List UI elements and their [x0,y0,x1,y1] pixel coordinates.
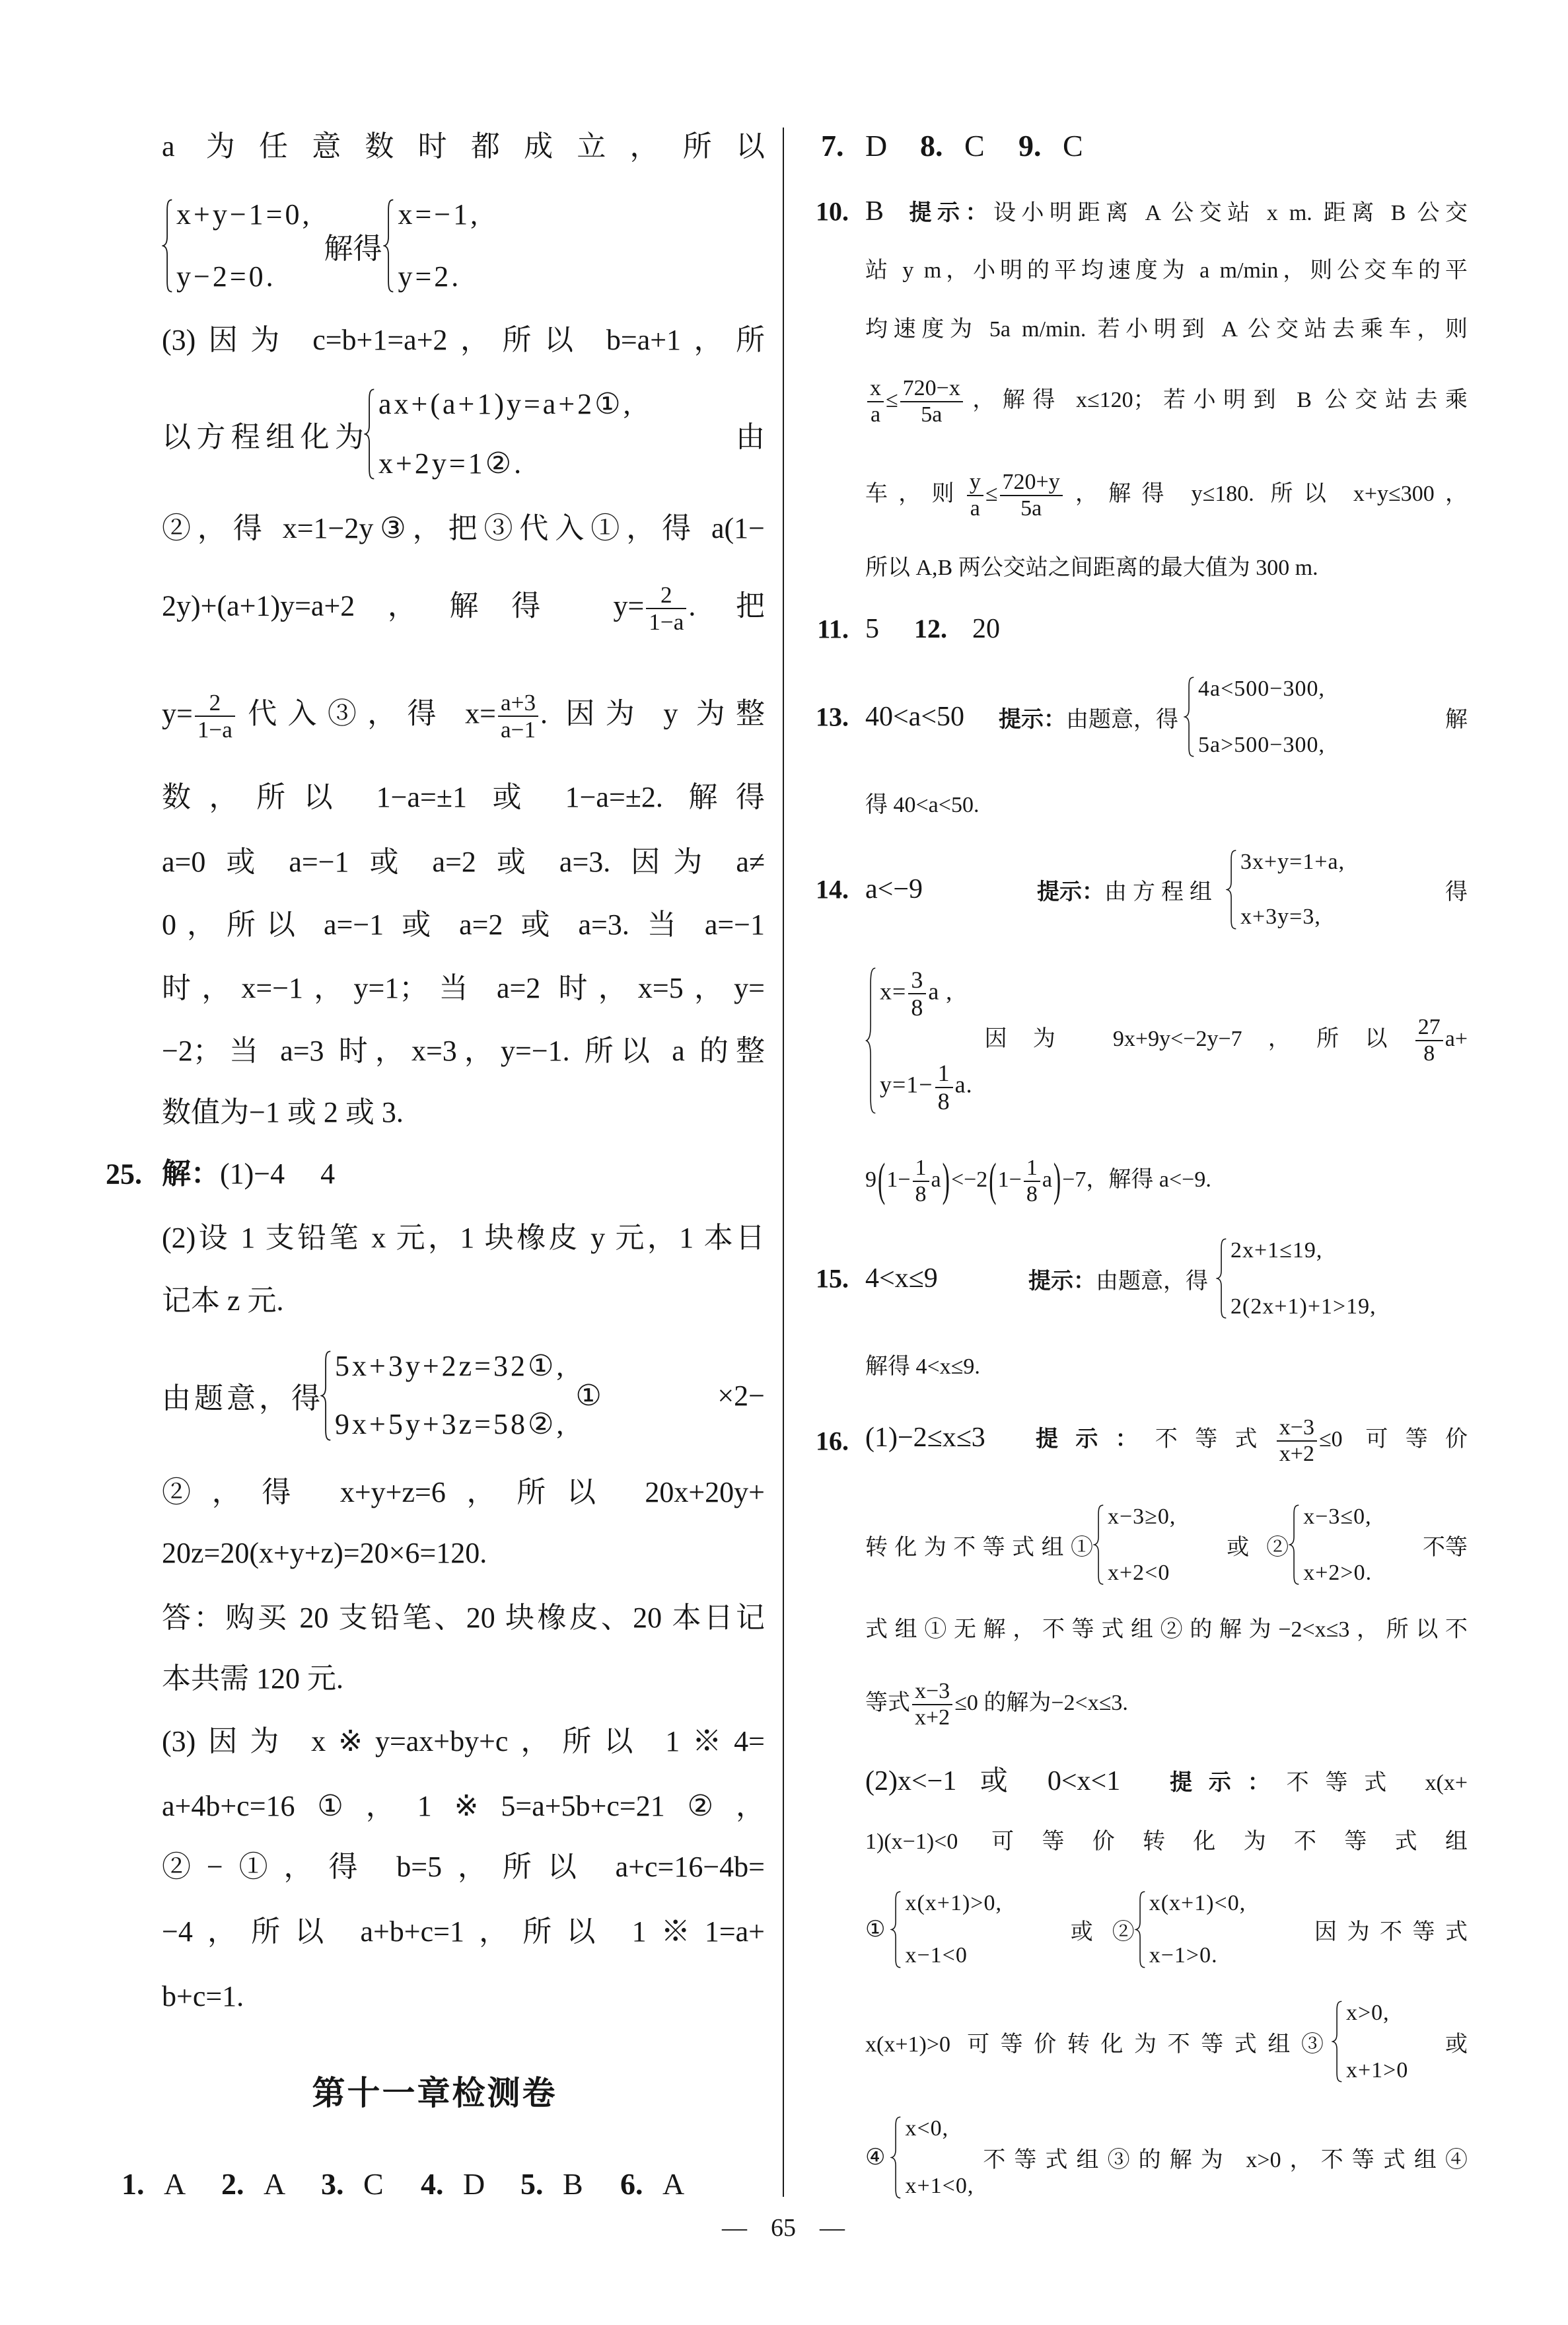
question-number: 8. [920,128,964,163]
left-brace-icon [890,2116,902,2199]
line-text: 或② [1071,1913,1135,1946]
fraction: x−3x+2 [912,1679,952,1730]
solution-line-system: x=38a , y=1−18a. 因为 9x+9y<−2y−7，所以278a+ [865,935,1468,1146]
line-text: 均速度为 5a m/min. 若小明到 A 公交站去乘车，则 [865,316,1468,344]
fraction: 720−x5a [900,376,963,427]
line-text: 不等 [1423,1529,1468,1561]
fraction: 38 [908,967,926,1021]
solution-line-fraction: 9(1−18a)<−2(1−18a)−7，解得 a<−9. [865,1128,1468,1234]
line-text: ≤0 的解为−2<x≤3. [954,1691,1128,1715]
question-16: 16. (1)−2≤x≤3提示：不等式x−3x+2≤0 可等价 [865,1388,1468,1494]
line-text: 由题意，得 [1066,701,1178,733]
answer: 5 [865,612,914,646]
operator: ≤ [985,482,998,506]
line-text: 9 [865,1167,876,1192]
left-brace-icon [1184,677,1195,757]
row-text: a , [928,978,952,1005]
line-text: 转化为不等式组① [865,1529,1093,1561]
solution-line-system: ④ x<0, x+1<0, 不等式组③的解为 x>0，不等式组④ [865,2104,1468,2210]
hint-label: 提示： [1018,1427,1155,1452]
numerator: x [867,376,884,402]
inequality-system: x−3≤0, x+2>0. [1289,1504,1372,1585]
hint-label: 提示： [1028,1263,1096,1295]
hint-label: 提示： [999,701,1066,733]
line-text: ，解得 y≤180. 所以 x+y≤300， [1065,482,1468,506]
answer-letter: C [964,128,985,163]
line-text: 车，则 [865,482,965,506]
row-text: a. [955,1072,973,1098]
system-row: 3x+y=1+a, [1240,850,1345,874]
system-rows: 4a<500−300, 5a>500−300, [1195,677,1325,757]
line-content: x=38a , y=1−18a. 因为 9x+9y<−2y−7，所以278a+ [865,967,1468,1115]
line-text: ④ [865,2144,885,2170]
question-number: 7. [821,128,865,163]
left-brace-icon [1332,2001,1343,2083]
inequality-system: 2x+1≤19, 2(2x+1)+1>19, [1216,1238,1376,1319]
line-text: <−2 [951,1167,987,1192]
line-text: 得 [1445,873,1468,906]
left-brace-icon [865,967,877,1115]
system-row: x(x+1)>0, [905,1891,1002,1915]
numerator: y [967,470,983,496]
line-content: (1)−2≤x≤3提示：不等式x−3x+2≤0 可等价 [865,1415,1468,1467]
inequality-system: x(x+1)<0, x−1>0. [1135,1891,1246,1968]
answer-letter: C [1063,128,1083,163]
system-row: 4a<500−300, [1198,677,1325,701]
fraction: 18 [1024,1156,1040,1207]
denominator: 8 [908,994,926,1021]
system-row: x+1<0, [905,2174,974,2198]
denominator: a [867,402,884,427]
system-rows: x(x+1)>0, x−1<0 [902,1891,1002,1968]
numerator: x−3 [1277,1415,1317,1442]
line-text: ≤0 可等价 [1319,1427,1468,1452]
line-content: 9(1−18a)<−2(1−18a)−7，解得 a<−9. [865,1156,1468,1207]
line-text: 或② [1227,1529,1289,1561]
line-content: xa≤720−x5a，解得 x≤120；若小明到 B 公交站去乘 [865,376,1468,427]
question-number: 16. [816,1426,849,1457]
inequality-system: x(x+1)>0, x−1<0 [890,1891,1002,1968]
fraction: ya [967,470,983,521]
system-row: x−3≥0, [1108,1504,1176,1529]
system-row: x>0, [1346,2001,1408,2025]
numerator: 3 [908,967,926,994]
fraction: 18 [935,1060,953,1115]
line-text: 不等式 [1155,1427,1275,1452]
numerator: x−3 [912,1679,952,1705]
footer-dash: — [820,2213,845,2242]
answer: (1)−2≤x≤3 [865,1422,985,1453]
equation-system: 3x+y=1+a, x+3y=3, [1226,850,1345,930]
fraction: 18 [913,1156,929,1207]
answer-letter: D [865,128,887,163]
line-text: −7，解得 a<−9. [1062,1167,1211,1192]
left-paren: ( [989,1158,996,1204]
system-row: x+3y=3, [1240,904,1345,929]
numerator: 27 [1415,1015,1443,1041]
line-content: x(x+1)>0 可等价转化为不等式组③ x>0, x+1>0 或 [865,2001,1468,2083]
line-text: a [931,1167,941,1192]
left-brace-icon [1216,1238,1228,1319]
answer: 20 [972,614,1000,644]
system-rows: x−3≤0, x+2>0. [1301,1504,1372,1585]
line-text: 解得 4<x≤9. [865,1354,1468,1381]
operator: ≤ [886,388,898,412]
line-text: 得 40<a<50. [865,792,1468,819]
choice-answer: 7.D [821,128,920,163]
system-rows: x(x+1)<0, x−1>0. [1147,1891,1246,1968]
numerator: 1 [935,1060,953,1088]
line-text: 因为 9x+9y<−2y−7，所以 [985,1027,1413,1051]
line-text: 或 [1445,2026,1468,2058]
line-text: 由方程组 [1104,873,1218,906]
solution-line-system: ① x(x+1)>0, x−1<0 或② x(x+1)<0, x−1>0. [865,1876,1468,1982]
numerator: 1 [1024,1156,1040,1182]
numerator: 720+y [1000,470,1063,496]
answer-key-page: a 为任意数时都成立，所以 x+y−1=0, y−2=0. 解得 x=−1, y… [0,0,1568,2325]
line-text: 1)(x−1)<0 可等价转化为不等式组 [865,1829,1468,1856]
line-content: 转化为不等式组① x−3≥0, x+2<0 或② x−3≤0, x+2>0. [865,1504,1468,1585]
numerator: 720−x [900,376,963,402]
system-rows: 2x+1≤19, 2(2x+1)+1>19, [1228,1238,1376,1319]
line-text: 1− [998,1167,1022,1192]
line-content: 512.20 [865,612,1468,646]
system-rows: x>0, x+1>0 [1343,2001,1408,2083]
choice-answer: 8.C [920,128,1018,163]
left-paren: ( [878,1158,885,1204]
denominator: x+2 [912,1705,952,1730]
fraction: 278 [1415,1015,1443,1066]
system-rows: x<0, x+1<0, [902,2116,974,2199]
system-row: x−1>0. [1149,1943,1246,1968]
answer: 4<x≤9 [865,1263,991,1294]
line-content: ④ x<0, x+1<0, 不等式组③的解为 x>0，不等式组④ [865,2116,1468,2199]
left-brace-icon [1226,850,1238,930]
fraction: 720+y5a [1000,470,1063,521]
inequality-system: 4a<500−300, 5a>500−300, [1184,677,1325,757]
question-number: 9. [1018,128,1063,163]
line-text: a [1042,1167,1052,1192]
question-number: 15. [816,1263,849,1294]
left-brace-icon [1093,1504,1105,1585]
line-text: 因为不等式 [1314,1913,1468,1946]
system-row: 2x+1≤19, [1230,1238,1376,1263]
row-text: y=1− [880,1072,933,1098]
system-row: x−3≤0, [1303,1504,1372,1529]
denominator: x+2 [1277,1442,1317,1467]
line-text: ，解得 x≤120；若小明到 B 公交站去乘 [965,388,1468,412]
line-text: 解 [1445,701,1468,733]
fraction: x−3x+2 [1277,1415,1317,1467]
row-text: x= [880,978,906,1005]
line-text: a+ [1445,1027,1468,1051]
line-text: 1− [886,1167,910,1192]
system-rows: x=38a , y=1−18a. [877,967,973,1115]
question-number: 11. [817,614,849,645]
line-text: 不等式组③的解为 x>0，不等式组④ [983,2141,1468,2174]
system-row: y=1−18a. [880,1060,973,1115]
system-row: x=38a , [880,967,973,1021]
hint-label: 提示： [1037,873,1104,906]
numerator: 1 [913,1156,929,1182]
question-number: 10. [816,196,849,227]
line-content: 40<a<50 提示： 由题意，得 4a<500−300, 5a>500−300… [865,677,1468,757]
system-rows: 3x+y=1+a, x+3y=3, [1238,850,1345,930]
line-content: 因为 9x+9y<−2y−7，所以278a+ [985,1015,1468,1066]
denominator: 8 [913,1182,929,1207]
line-content: ① x(x+1)>0, x−1<0 或② x(x+1)<0, x−1>0. [865,1891,1468,1968]
inequality-system: x<0, x+1<0, [890,2116,974,2199]
left-brace-icon [890,1891,902,1968]
question-14: 14. a<−9 提示： 由方程组 3x+y=1+a, x+3y=3, 得 [865,836,1468,942]
page-number: 65 [771,2213,796,2242]
answer: 40<a<50 [865,701,964,733]
system-row: x<0, [905,2116,974,2141]
denominator: 8 [1415,1041,1443,1066]
system-row: x−1<0 [905,1943,1002,1968]
right-paren: ) [943,1158,950,1204]
line-content: a<−9 提示： 由方程组 3x+y=1+a, x+3y=3, 得 [865,850,1468,930]
question-number: 13. [816,702,849,733]
question-number: 14. [816,874,849,905]
left-brace-icon [1289,1504,1301,1585]
line-content: 等式x−3x+2≤0 的解为−2<x≤3. [865,1679,1468,1730]
fraction: xa [867,376,884,427]
left-brace-icon [1135,1891,1147,1968]
question-number: 12. [914,613,972,645]
choice-answer: 9.C [1018,128,1118,163]
system-rows: x−3≥0, x+2<0 [1105,1504,1176,1585]
denominator: 5a [900,402,963,427]
footer-dash: — [722,2213,747,2242]
answer: a<−9 [865,873,991,905]
line-text: ① [865,1916,885,1942]
solution-line-fraction: xa≤720−x5a，解得 x≤120；若小明到 B 公交站去乘 [865,349,1468,455]
line-text: 由题意，得 [1096,1263,1208,1295]
solution-system: x=38a , y=1−18a. [865,967,973,1115]
denominator: 8 [935,1088,953,1115]
inequality-system: x−3≥0, x+2<0 [1093,1504,1176,1585]
line-text: 式组①无解，不等式组②的解为−2<x≤3，所以不 [865,1617,1468,1644]
solution-line-system: x(x+1)>0 可等价转化为不等式组③ x>0, x+1>0 或 [865,1989,1468,2094]
right-paren: ) [1053,1158,1061,1204]
line-text: 等式 [865,1691,910,1715]
inequality-system: x>0, x+1>0 [1332,2001,1408,2083]
page-footer: — 65 — [684,2175,882,2281]
line-content: 车，则ya≤720+y5a，解得 y≤180. 所以 x+y≤300， [865,470,1468,521]
denominator: 8 [1024,1182,1040,1207]
system-row: x(x+1)<0, [1149,1891,1246,1915]
system-row: x+1>0 [1346,2058,1408,2083]
line-text: x(x+1)>0 可等价转化为不等式组③ [865,2026,1324,2058]
right-column: 7.D 8.C 9.C 10. B提示：设小明距离 A 公交站 x m. 距离 … [0,0,1568,2325]
line-content: 4<x≤9 提示： 由题意，得 2x+1≤19, 2(2x+1)+1>19, [865,1238,1468,1319]
